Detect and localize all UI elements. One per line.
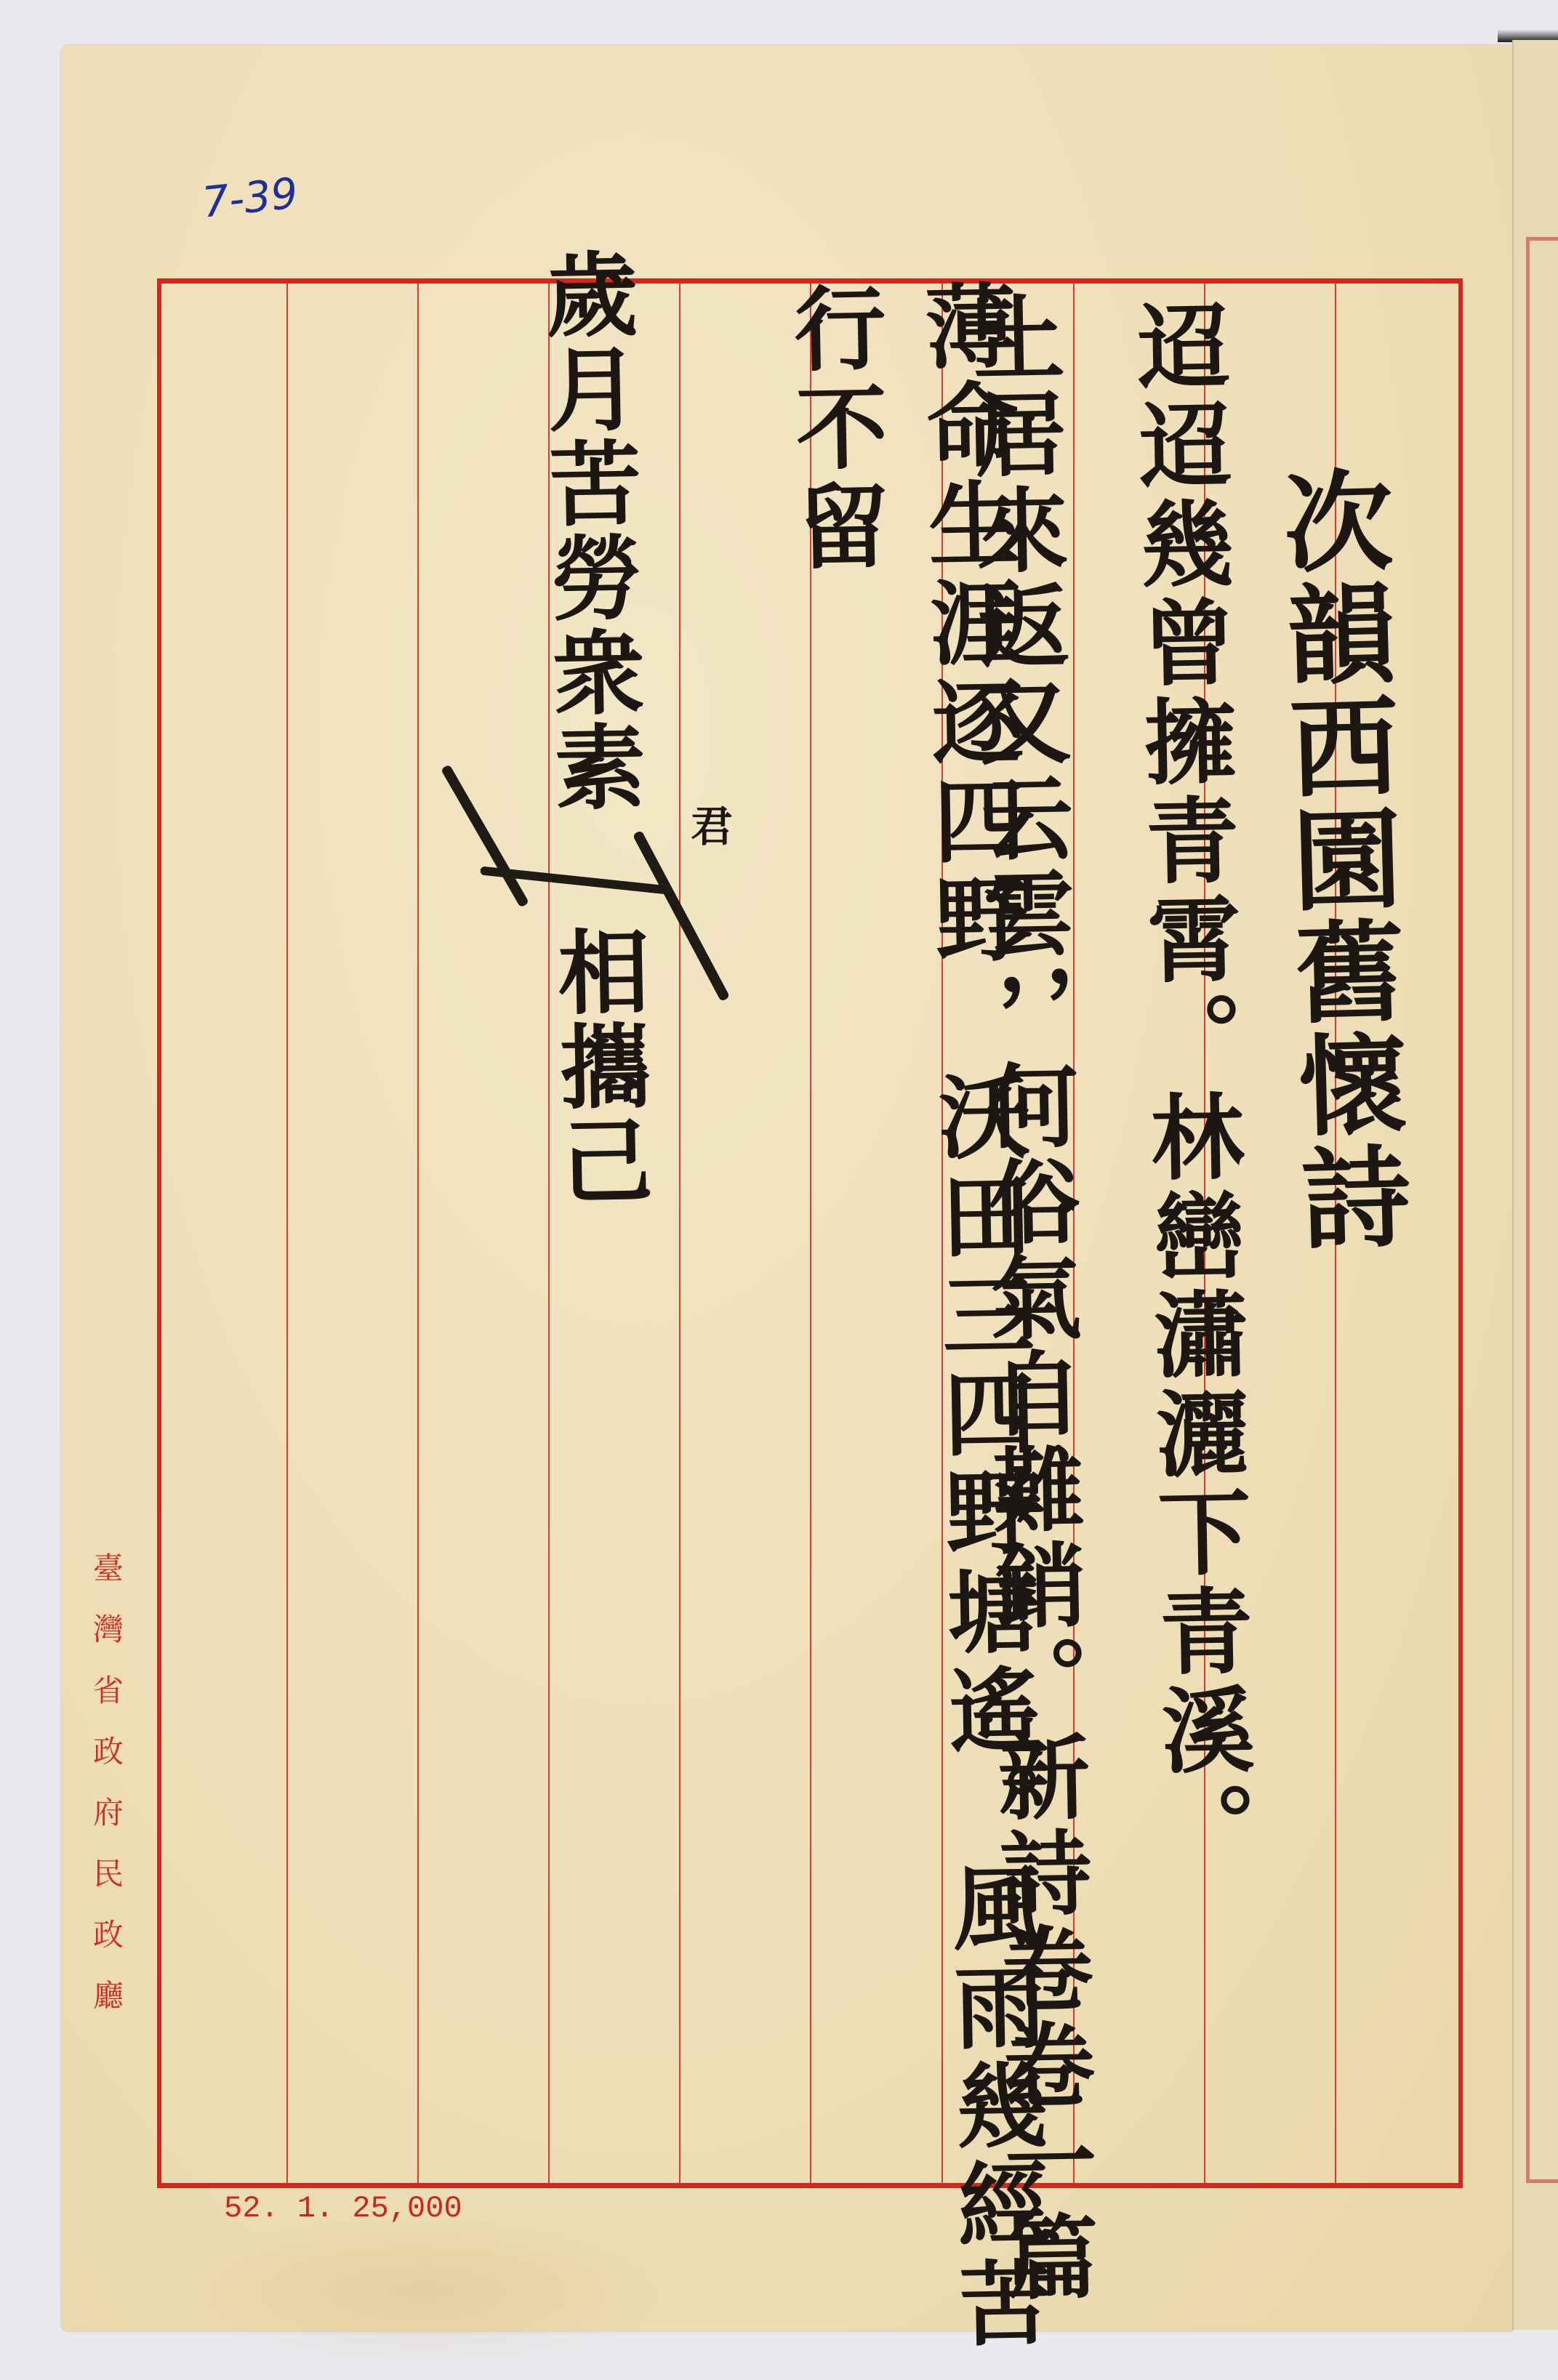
column-rule	[417, 284, 419, 2183]
next-page-edge	[1512, 40, 1558, 2330]
column-rule	[679, 284, 680, 2183]
paper-stain	[170, 2211, 679, 2371]
next-page-border-top	[1526, 237, 1558, 241]
issuer-label: 臺灣省政府民政廳	[93, 1552, 137, 2041]
poem-title: 次韻西園舊懷詩	[1244, 463, 1431, 1256]
column-rule	[286, 284, 288, 2183]
next-page-border-left	[1526, 238, 1530, 2183]
poem-line-3: 薄命生涯逐四野，沃田三四野塘遙。風雨幾經苦行不留	[767, 278, 1065, 2380]
poem-line-1: 迢迢幾曾擁青霄。林巒瀟灑下青溪。	[1106, 297, 1272, 1881]
next-page-border-bottom	[1529, 2179, 1558, 2183]
poem-line-5: 歲月苦勞衆素 相攜己	[518, 246, 666, 1210]
archive-number: 7-39	[200, 168, 300, 227]
margin-annotation: 君	[691, 792, 733, 853]
print-code: 52. 1. 25,000	[224, 2191, 462, 2226]
